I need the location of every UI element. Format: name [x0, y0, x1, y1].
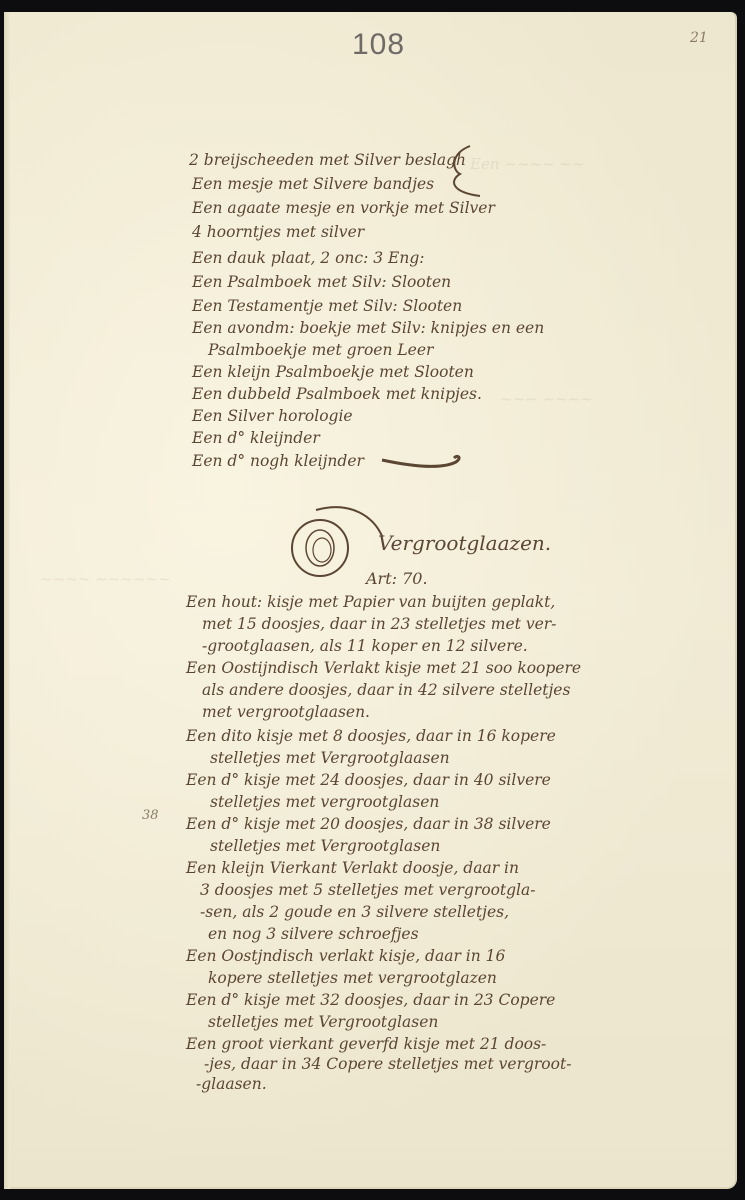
- inventory-line: Een dubbeld Psalmboek met knipjes.: [192, 384, 482, 404]
- margin-note: 38: [142, 808, 159, 823]
- inventory-line: Een kleijn Vierkant Verlakt doosje, daar…: [186, 858, 519, 878]
- bleed-through-text: ~~~~ ~~~~~~: [40, 570, 170, 588]
- inventory-line: Een avondm: boekje met Silv: knipjes en …: [192, 318, 544, 338]
- inventory-line: Een hout: kisje met Papier van buijten g…: [186, 592, 555, 612]
- inventory-line: -glaasen.: [196, 1074, 267, 1094]
- folio-number: 21: [690, 30, 708, 46]
- inventory-line: Een Psalmboek met Silv: Slooten: [192, 272, 451, 292]
- inventory-line: 4 hoorntjes met silver: [192, 222, 364, 242]
- inventory-line: stelletjes met Vergrootglaasen: [210, 748, 450, 768]
- inventory-line: Een groot vierkant geverfd kisje met 21 …: [186, 1034, 546, 1054]
- brace-flourish-icon: [440, 140, 500, 200]
- inventory-line: Een dauk plaat, 2 onc: 3 Eng:: [192, 248, 424, 268]
- inventory-line: Een d° kisje met 20 doosjes, daar in 38 …: [186, 814, 551, 834]
- page-binding-edge: [4, 12, 10, 1189]
- inventory-line: met 15 doosjes, daar in 23 stelletjes me…: [202, 614, 556, 634]
- inventory-line: stelletjes met Vergrootglasen: [210, 836, 440, 856]
- inventory-line: -jes, daar in 34 Copere stelletjes met v…: [204, 1054, 571, 1074]
- inventory-line: Een d° nogh kleijnder: [192, 451, 364, 471]
- inventory-line: Een d° kisje met 32 doosjes, daar in 23 …: [186, 990, 555, 1010]
- inventory-line: 3 doosjes met 5 stelletjes met vergrootg…: [200, 880, 535, 900]
- inventory-line: Een kleijn Psalmboekje met Slooten: [192, 362, 474, 382]
- inventory-line: stelletjes met Vergrootglasen: [208, 1012, 438, 1032]
- inventory-line: Een Testamentje met Silv: Slooten: [192, 296, 462, 316]
- inventory-line: kopere stelletjes met vergrootglazen: [208, 968, 497, 988]
- pencil-page-number: 108: [352, 28, 405, 62]
- inventory-line: als andere doosjes, daar in 42 silvere s…: [202, 680, 570, 700]
- inventory-line: Een dito kisje met 8 doosjes, daar in 16…: [186, 726, 556, 746]
- inventory-line: Een agaate mesje en vorkje met Silver: [192, 198, 495, 218]
- inventory-line: met vergrootglaasen.: [202, 702, 370, 722]
- inventory-line: Een d° kisje met 24 doosjes, daar in 40 …: [186, 770, 551, 790]
- inventory-line: Een Oostjndisch verlakt kisje, daar in 1…: [186, 946, 505, 966]
- section-heading: Vergrootglaazen.: [378, 531, 551, 555]
- inventory-line: Een Oostijndisch Verlakt kisje met 21 so…: [186, 658, 581, 678]
- underline-flourish-icon: [380, 448, 470, 478]
- section-article-number: Art: 70.: [366, 569, 428, 588]
- inventory-line: en nog 3 silvere schroefjes: [208, 924, 419, 944]
- inventory-line: Een d° kleijnder: [192, 428, 320, 448]
- bleed-through-text: ~~~ ~~~~: [500, 390, 593, 408]
- inventory-line: 2 breijscheeden met Silver beslagh: [189, 150, 466, 170]
- inventory-line: Een Silver horologie: [192, 406, 353, 426]
- inventory-line: -sen, als 2 goude en 3 silvere stelletje…: [200, 902, 509, 922]
- inventory-line: Een mesje met Silvere bandjes: [192, 174, 434, 194]
- inventory-line: stelletjes met vergrootglasen: [210, 792, 439, 812]
- inventory-line: Psalmboekje met groen Leer: [208, 340, 433, 360]
- inventory-line: -grootglaasen, als 11 koper en 12 silver…: [202, 636, 528, 656]
